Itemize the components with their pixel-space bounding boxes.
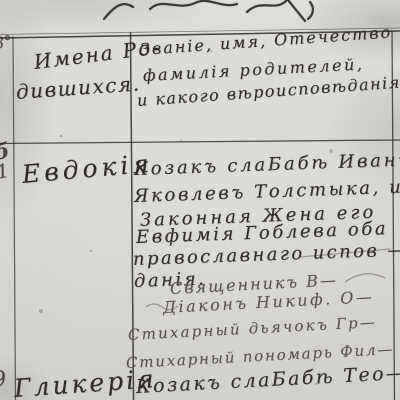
- margin-mark-day: 8°: [0, 34, 13, 52]
- scan-noise-specks: [60, 135, 62, 137]
- scanned-register-page: 8° б 1 9 Имена Ро- дившихся. Званіе, имя…: [0, 0, 400, 400]
